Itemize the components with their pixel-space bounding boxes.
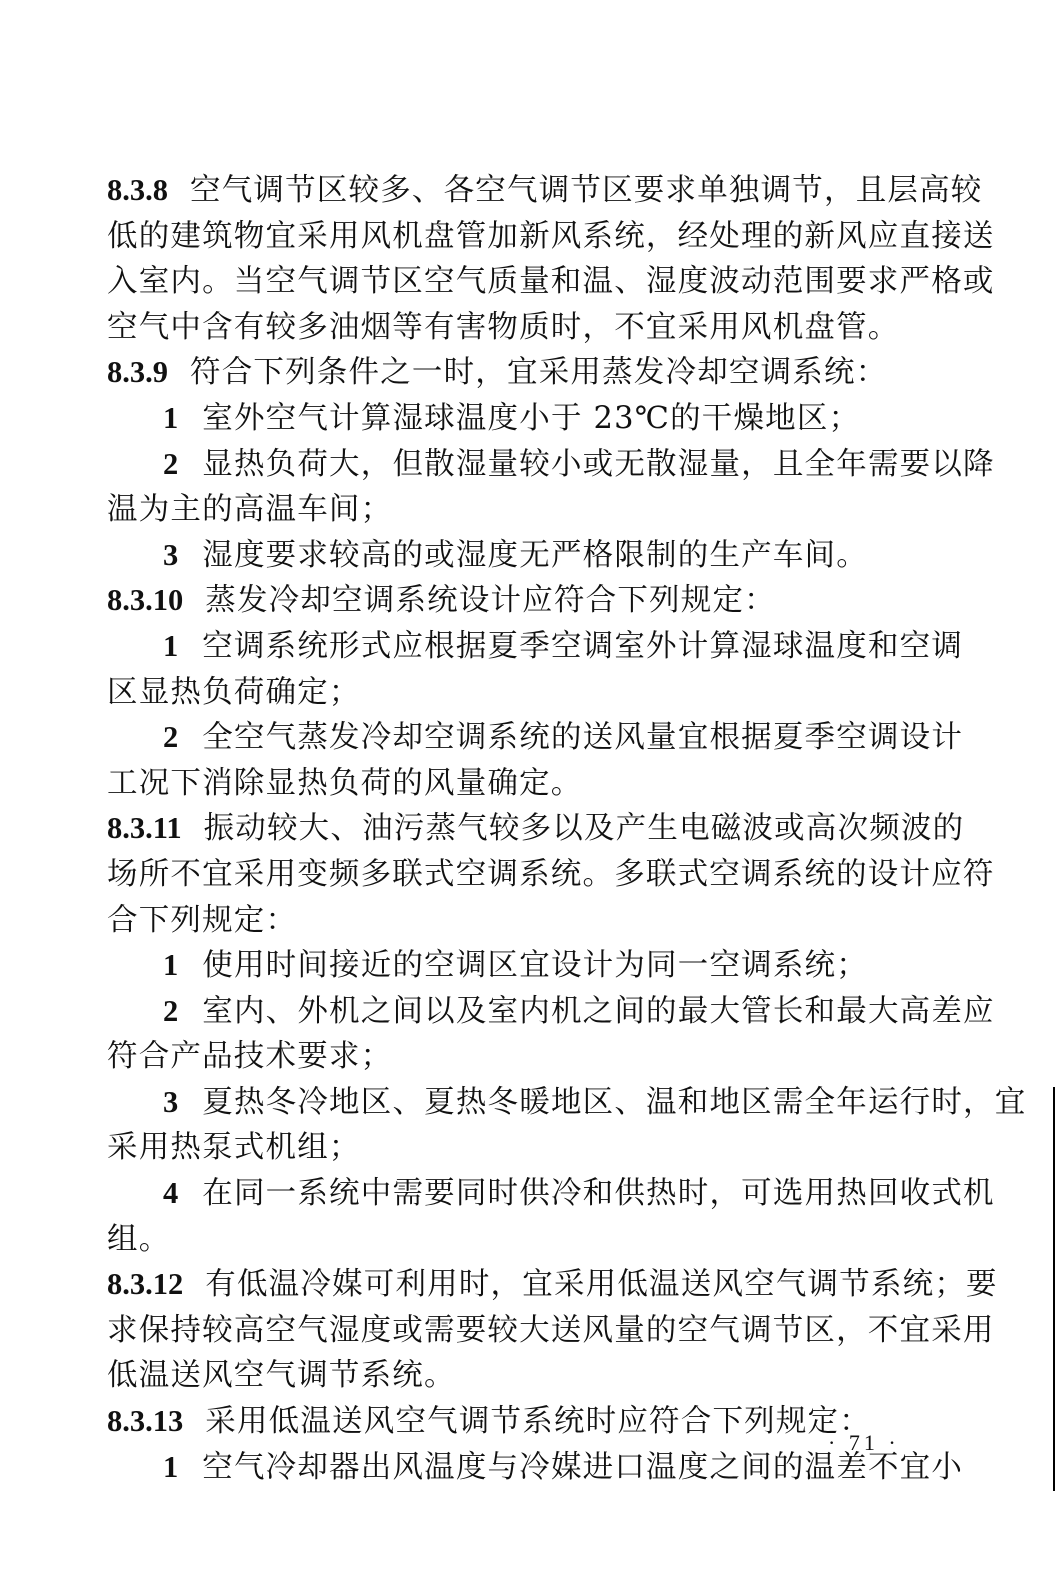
item-number: 1 xyxy=(163,401,178,435)
line-text: 低温送风空气调节系统。 xyxy=(107,1358,456,1393)
item-text: 湿度要求较高的或湿度无严格限制的生产车间。 xyxy=(202,538,868,573)
item-text: 使用时间接近的空调区宜设计为同一空调系统； xyxy=(202,948,868,983)
clause-text: 有低温冷媒可利用时，宜采用低温送风空气调节系统；要 xyxy=(205,1267,998,1302)
item-line: 1空气冷却器出风温度与冷媒进口温度之间的温差不宜小 xyxy=(107,1445,917,1491)
line-text: 空气中含有较多油烟等有害物质时，不宜采用风机盘管。 xyxy=(107,310,900,345)
item-line: 2室内、外机之间以及室内机之间的最大管长和最大高差应 xyxy=(107,989,917,1035)
clause-line: 8.3.8空气调节区较多、各空气调节区要求单独调节，且层高较 xyxy=(107,168,917,214)
item-line: 1室外空气计算湿球温度小于 23℃的干燥地区； xyxy=(107,396,917,442)
clause-text: 蒸发冷却空调系统设计应符合下列规定： xyxy=(205,583,776,618)
clause-line: 8.3.12有低温冷媒可利用时，宜采用低温送风空气调节系统；要 xyxy=(107,1262,917,1308)
text-line: 组。 xyxy=(107,1217,917,1263)
item-text: 室内、外机之间以及室内机之间的最大管长和最大高差应 xyxy=(202,994,995,1029)
line-text: 入室内。当空气调节区空气质量和温、湿度波动范围要求严格或 xyxy=(107,264,995,299)
item-number: 1 xyxy=(163,948,178,982)
clause-text: 采用低温送风空气调节系统时应符合下列规定： xyxy=(205,1404,871,1439)
clause-number: 8.3.11 xyxy=(107,811,182,845)
item-text: 空调系统形式应根据夏季空调室外计算湿球温度和空调 xyxy=(202,629,963,664)
text-line: 入室内。当空气调节区空气质量和温、湿度波动范围要求严格或 xyxy=(107,259,917,305)
line-text: 温为主的高温车间； xyxy=(107,492,392,527)
item-text: 夏热冬冷地区、夏热冬暖地区、温和地区需全年运行时，宜 xyxy=(202,1085,1026,1120)
item-text: 室外空气计算湿球温度小于 23℃的干燥地区； xyxy=(202,401,860,436)
item-text: 全空气蒸发冷却空调系统的送风量宜根据夏季空调设计 xyxy=(202,720,963,755)
item-number: 2 xyxy=(163,994,178,1028)
item-number: 3 xyxy=(163,1085,178,1119)
item-number: 1 xyxy=(163,629,178,663)
item-number: 1 xyxy=(163,1450,178,1484)
text-line: 求保持较高空气湿度或需要较大送风量的空气调节区，不宜采用 xyxy=(107,1308,917,1354)
page-number: · 71 · xyxy=(828,1430,900,1456)
text-line: 温为主的高温车间； xyxy=(107,487,917,533)
text-line: 符合产品技术要求； xyxy=(107,1034,917,1080)
clause-number: 8.3.8 xyxy=(107,173,168,207)
clause-line: 8.3.11振动较大、油污蒸气较多以及产生电磁波或高次频波的 xyxy=(107,806,917,852)
clause-text: 符合下列条件之一时，宜采用蒸发冷却空调系统： xyxy=(190,355,887,390)
item-line: 1空调系统形式应根据夏季空调室外计算湿球温度和空调 xyxy=(107,624,917,670)
clause-number: 8.3.9 xyxy=(107,355,168,389)
item-line: 1使用时间接近的空调区宜设计为同一空调系统； xyxy=(107,943,917,989)
item-number: 3 xyxy=(163,538,178,572)
item-line: 2显热负荷大，但散湿量较小或无散湿量，且全年需要以降 xyxy=(107,442,917,488)
line-text: 求保持较高空气湿度或需要较大送风量的空气调节区，不宜采用 xyxy=(107,1313,995,1348)
document-body: 8.3.8空气调节区较多、各空气调节区要求单独调节，且层高较 低的建筑物宜采用风… xyxy=(107,168,917,1490)
line-text: 场所不宜采用变频多联式空调系统。多联式空调系统的设计应符 xyxy=(107,857,995,892)
item-line: 3湿度要求较高的或湿度无严格限制的生产车间。 xyxy=(107,533,917,579)
text-line: 区显热负荷确定； xyxy=(107,670,917,716)
line-text: 合下列规定： xyxy=(107,903,297,938)
clause-number: 8.3.12 xyxy=(107,1267,183,1301)
item-line: 2全空气蒸发冷却空调系统的送风量宜根据夏季空调设计 xyxy=(107,715,917,761)
clause-line: 8.3.9符合下列条件之一时，宜采用蒸发冷却空调系统： xyxy=(107,350,917,396)
text-line: 合下列规定： xyxy=(107,898,917,944)
clause-line: 8.3.13采用低温送风空气调节系统时应符合下列规定： xyxy=(107,1399,917,1445)
clause-number: 8.3.10 xyxy=(107,583,183,617)
item-text: 显热负荷大，但散湿量较小或无散湿量，且全年需要以降 xyxy=(202,447,995,482)
clause-number: 8.3.13 xyxy=(107,1404,183,1438)
clause-text: 振动较大、油污蒸气较多以及产生电磁波或高次频波的 xyxy=(204,811,965,846)
line-text: 采用热泵式机组； xyxy=(107,1130,361,1165)
line-text: 工况下消除显热负荷的风量确定。 xyxy=(107,766,583,801)
item-number: 4 xyxy=(163,1176,178,1210)
line-text: 低的建筑物宜采用风机盘管加新风系统，经处理的新风应直接送 xyxy=(107,219,995,254)
text-line: 低温送风空气调节系统。 xyxy=(107,1353,917,1399)
text-line: 空气中含有较多油烟等有害物质时，不宜采用风机盘管。 xyxy=(107,305,917,351)
item-text: 在同一系统中需要同时供冷和供热时，可选用热回收式机 xyxy=(202,1176,995,1211)
scan-edge-line xyxy=(1053,1087,1055,1491)
text-line: 低的建筑物宜采用风机盘管加新风系统，经处理的新风应直接送 xyxy=(107,214,917,260)
clause-line: 8.3.10蒸发冷却空调系统设计应符合下列规定： xyxy=(107,578,917,624)
item-number: 2 xyxy=(163,720,178,754)
text-line: 采用热泵式机组； xyxy=(107,1125,917,1171)
text-line: 场所不宜采用变频多联式空调系统。多联式空调系统的设计应符 xyxy=(107,852,917,898)
line-text: 符合产品技术要求； xyxy=(107,1039,392,1074)
item-number: 2 xyxy=(163,447,178,481)
text-line: 工况下消除显热负荷的风量确定。 xyxy=(107,761,917,807)
line-text: 组。 xyxy=(107,1222,170,1257)
line-text: 区显热负荷确定； xyxy=(107,675,361,710)
item-line: 4在同一系统中需要同时供冷和供热时，可选用热回收式机 xyxy=(107,1171,917,1217)
item-line: 3夏热冬冷地区、夏热冬暖地区、温和地区需全年运行时，宜 xyxy=(107,1080,917,1126)
clause-text: 空气调节区较多、各空气调节区要求单独调节，且层高较 xyxy=(190,173,983,208)
